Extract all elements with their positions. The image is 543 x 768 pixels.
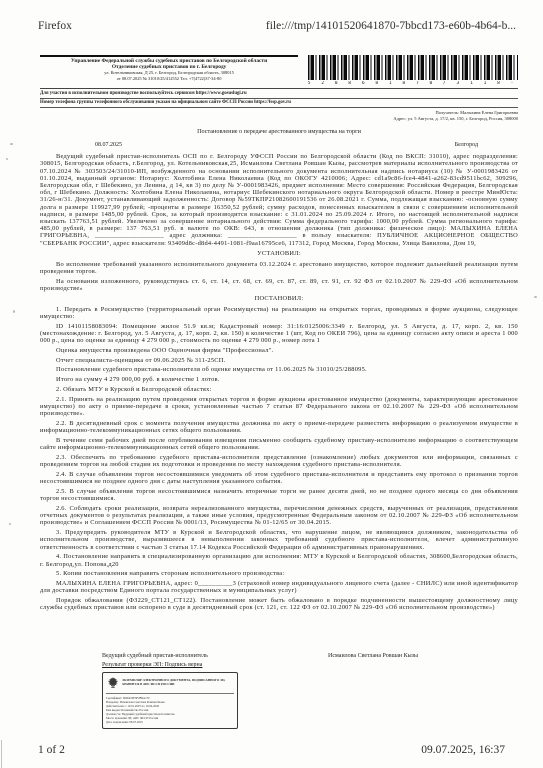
stamp-header: ЭКЗЕМПЛЯР ЭЛЕКТРОННОГО ДОКУМЕНТА, ПОДПИС… [106, 676, 234, 690]
print-footer: 1 of 2 09.07.2025, 16:37 [38, 744, 505, 756]
scan-speck [534, 296, 537, 298]
date-city-row: 08.07.2025 Белгород [40, 142, 518, 148]
scan-edge-artifact [1, 740, 2, 768]
document: Управление Федеральной службы судебных п… [40, 55, 518, 614]
document-body: Ведущий судебный пристав-исполнитель ОСП… [40, 153, 518, 611]
doc-paragraph: ID 14101158083094: Помещение жилое 51.9 … [40, 323, 518, 345]
signer-name: Исмаилова Светлана Ровшан Кызы [328, 653, 418, 659]
doc-paragraph: УСТАНОВИЛ: [40, 250, 518, 257]
scan-speck [13, 310, 15, 313]
print-source-url: file:///tmp/14101520641870-7bbcd173-e60b… [266, 20, 516, 32]
barcode-digits: 5 2 0 8 6 8 1 8 7 0 / 3 1 1 8 - 3 [308, 81, 518, 86]
doc-paragraph: В течение семи рабочих дней после опубли… [40, 437, 518, 451]
doc-paragraph: 2.3. Обеспечить по требованию судебного … [40, 454, 518, 468]
doc-paragraph: 2.1. Принять на реализацию путем проведе… [40, 396, 518, 418]
fssp-phone-notice: Номер телефона группы телефонного обслуж… [40, 99, 518, 109]
doc-paragraph: Итого на сумму 4 279 000,00 руб. в колич… [40, 376, 518, 383]
doc-paragraph: 5. Копии постановления направить сторона… [40, 570, 518, 577]
browser-name: Firefox [38, 20, 72, 32]
doc-paragraph: 2.5. В случае объявления торгов несостоя… [40, 488, 518, 502]
document-title: Постановление о передаче арестованного и… [40, 128, 518, 135]
digital-signature-stamp: ЭКЗЕМПЛЯР ЭЛЕКТРОННОГО ДОКУМЕНТА, ПОДПИС… [102, 672, 238, 729]
scan-speck [6, 158, 8, 160]
signature-row: Ведущий судебный пристав-исполнитель Исм… [102, 653, 518, 659]
doc-paragraph: МАЛЫХИНА ЕЛЕНА ГРИГОРЬЕВНА, адрес: 0____… [40, 580, 518, 594]
doc-paragraph: Оценка имущества произведена ООО Оценочн… [40, 347, 518, 354]
org-header-block: Управление Федеральной службы судебных п… [40, 55, 298, 81]
doc-paragraph: 2. Обязать МТУ в Курской и Белгородской … [40, 386, 518, 393]
doc-paragraph: ПОСТАНОВИЛ: [40, 295, 518, 302]
recipient-address: Адрес: ул. 5 Августа, д. 17/2, кв. 150, … [40, 116, 518, 122]
signature-area: Ведущий судебный пристав-исполнитель Исм… [102, 653, 518, 729]
document-city: Белгород [455, 142, 478, 148]
doc-paragraph: 2.4. В случае объявления торгов несостоя… [40, 471, 518, 485]
coat-of-arms-icon [106, 676, 120, 690]
barcode: 5 2 0 8 6 8 1 8 7 0 / 3 1 1 8 - 3 [308, 55, 518, 86]
doc-paragraph: 3. Предупредить руководителя МТУ в Курск… [40, 529, 518, 551]
page-indicator: 1 of 2 [38, 744, 65, 756]
doc-paragraph: Отчет специалиста-оценщика от 09.06.2025… [40, 357, 518, 364]
stamp-certificate-lines: Сертификат: 00D4C8E3F2B9A17CВладелец: Ис… [106, 693, 234, 724]
doc-paragraph: 2.6. Соблюдать сроки реализации, возврат… [40, 505, 518, 527]
printed-page: Firefox file:///tmp/14101520641870-7bbcd… [0, 0, 543, 768]
barcode-icon [308, 55, 518, 80]
doc-paragraph: Порядок обжалования (ФЗ229_СТ121_СТ122).… [40, 597, 518, 611]
signature-verification: Результат проверки ЭП: Подпись верна [102, 662, 518, 668]
org-ref-line: от 08.07.2025 № 31010/25/412552 Тел. +7(… [40, 76, 298, 81]
doc-paragraph: 4. Постановление направить в специализир… [40, 553, 518, 567]
scan-speck [10, 143, 13, 145]
doc-paragraph: Постановление судебного пристава-исполни… [40, 366, 518, 373]
scan-speck [9, 523, 11, 525]
document-date: 08.07.2025 [95, 142, 122, 148]
print-header: Firefox file:///tmp/14101520641870-7bbcd… [38, 20, 516, 32]
signer-position: Ведущий судебный пристав-исполнитель [102, 653, 208, 659]
doc-paragraph: Ведущий судебный пристав-исполнитель ОСП… [40, 153, 518, 247]
recipient-block: Получатель: Малыхина Елена Григорьевна А… [40, 110, 518, 121]
doc-paragraph: На основании изложенного, руководствуясь… [40, 278, 518, 292]
gosuslugi-notice: Для участия в исполнительном производств… [40, 89, 518, 99]
doc-paragraph: 1. Передать в Росимущество (территориаль… [40, 306, 518, 320]
stamp-line: Дата подписания: 08.07.2025 [106, 720, 234, 724]
stamp-title: ЭКЗЕМПЛЯР ЭЛЕКТРОННОГО ДОКУМЕНТА, ПОДПИС… [122, 679, 234, 686]
print-timestamp: 09.07.2025, 16:37 [421, 744, 505, 756]
doc-paragraph: 2.2. В десятидневный срок с момента полу… [40, 420, 518, 434]
doc-paragraph: Во исполнение требований указанного испо… [40, 261, 518, 275]
document-letterhead: Управление Федеральной службы судебных п… [40, 55, 518, 89]
